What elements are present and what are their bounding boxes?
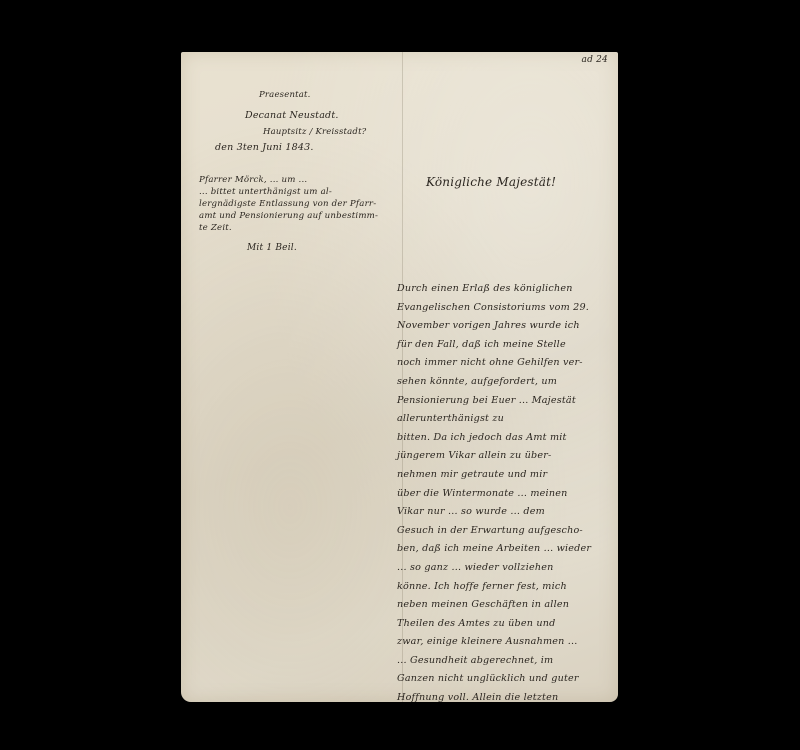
body-line: Ganzen nicht unglücklich und guter [397,670,591,689]
body-line: bitten. Da ich jedoch das Amt mit [397,429,591,448]
document-page: ad 24 Praesentat. Decanat Neustadt. Haup… [181,52,618,702]
body-line: jüngerem Vikar allein zu über- [397,447,591,466]
body-line: ben, daß ich meine Arbeiten ... wieder [397,540,591,559]
body-line: Durch einen Erlaß des königlichen [397,280,591,299]
body-line: sehen könnte, aufgefordert, um [397,373,591,392]
body-line: Gesuch in der Erwartung aufgescho- [397,522,591,541]
left-margin-summary: Pfarrer Mörck, ... um ... ... bittet unt… [199,174,378,234]
body-line: November vorigen Jahres wurde ich [397,317,591,336]
body-line: Evangelischen Consistoriums vom 29. [397,299,591,318]
heading-praesentat: Praesentat. [259,90,311,100]
body-line: noch immer nicht ohne Gehilfen ver- [397,354,591,373]
body-line: nehmen mir getraute und mir [397,466,591,485]
body-line: Hoffnung voll. Allein die letzten [397,689,591,708]
body-line: über die Wintermonate ... meinen [397,485,591,504]
summary-line: ... bittet unterthänigst um al- [199,186,378,198]
summary-line: te Zeit. [199,222,378,234]
body-line: Vikar nur ... so wurde ... dem [397,503,591,522]
summary-line: lergnädigste Entlassung von der Pfarr- [199,198,378,210]
heading-date: den 3ten Juni 1843. [215,142,314,153]
body-line: für den Fall, daß ich meine Stelle [397,336,591,355]
letter-body: Durch einen Erlaß des königlichen Evange… [397,280,591,708]
archive-corner-mark: ad 24 [582,55,608,65]
body-line: ... so ganz ... wieder vollziehen [397,559,591,578]
enclosure-note: Mit 1 Beil. [247,243,297,253]
summary-line: Pfarrer Mörck, ... um ... [199,174,378,186]
body-line: ... Gesundheit abgerechnet, im [397,652,591,671]
body-line: neben meinen Geschäften in allen [397,596,591,615]
salutation: Königliche Majestät! [426,175,556,189]
heading-place: Hauptsitz / Kreisstadt? [263,127,366,137]
body-line: zwar, einige kleinere Ausnahmen ... [397,633,591,652]
body-line: Theilen des Amtes zu üben und [397,615,591,634]
body-line: allerunterthänigst zu [397,410,591,429]
heading-decanat: Decanat Neustadt. [245,110,339,121]
summary-line: amt und Pensionierung auf unbestimm- [199,210,378,222]
body-line: könne. Ich hoffe ferner fest, mich [397,578,591,597]
body-line: Pensionierung bei Euer ... Majestät [397,392,591,411]
